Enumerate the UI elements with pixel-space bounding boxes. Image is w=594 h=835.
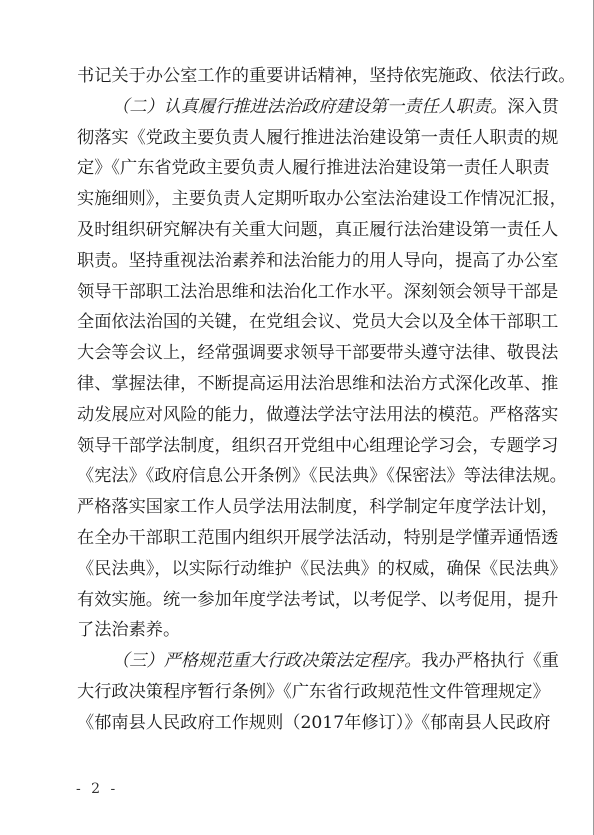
section-heading-line: （二）认真履行推进法治政府建设第一责任人职责。深入贯	[77, 92, 519, 123]
text-line: 有效实施。统一参加年度学法考试，以考促学、以考促用，提升	[77, 585, 519, 616]
text-line: 定》《广东省党政主要负责人履行推进法治建设第一责任人职责	[77, 153, 519, 184]
text-run: 我办严格执行《重	[421, 651, 559, 671]
text-line: 在全办干部职工范围内组织开展学法活动，特别是学懂弄通悟透	[77, 523, 519, 554]
section-heading: （三）严格规范重大行政决策法定程序。	[112, 651, 421, 671]
document-body: 书记关于办公室工作的重要讲话精神，坚持依宪施政、依法行政。 （二）认真履行推进法…	[77, 61, 519, 739]
text-line: 实施细则》，主要负责人定期听取办公室法治建设工作情况汇报，	[77, 184, 519, 215]
text-line: 书记关于办公室工作的重要讲话精神，坚持依宪施政、依法行政。	[77, 61, 519, 92]
text-line: 全面依法治国的关键，在党组会议、党员大会以及全体干部职工	[77, 307, 519, 338]
text-line: 动发展应对风险的能力，做遵法学法守法用法的模范。严格落实	[77, 400, 519, 431]
section-heading-line: （三）严格规范重大行政决策法定程序。我办严格执行《重	[77, 646, 519, 677]
section-heading: （二）认真履行推进法治政府建设第一责任人职责。	[112, 97, 507, 117]
text-line: 领导干部学法制度，组织召开党组中心组理论学习会，专题学习	[77, 431, 519, 462]
text-line: 律、掌握法律，不断提高运用法治思维和法治方式深化改革、推	[77, 369, 519, 400]
text-line: 《宪法》《政府信息公开条例》《民法典》《保密法》等法律法规。	[77, 461, 519, 492]
text-line: 彻落实《党政主要负责人履行推进法治建设第一责任人职责的规	[77, 123, 519, 154]
text-line: 《郁南县人民政府工作规则（2017年修订）》《郁南县人民政府	[77, 708, 519, 739]
text-line: 大行政决策程序暂行条例》《广东省行政规范性文件管理规定》	[77, 677, 519, 708]
text-line: 及时组织研究解决有关重大问题，真正履行法治建设第一责任人	[77, 215, 519, 246]
text-line: 领导干部职工法治思维和法治化工作水平。深刻领会领导干部是	[77, 277, 519, 308]
text-line: 严格落实国家工作人员学法用法制度，科学制定年度学法计划，	[77, 492, 519, 523]
text-line: 大会等会议上，经常强调要求领导干部要带头遵守法律、敬畏法	[77, 338, 519, 369]
text-run: 深入贯	[507, 97, 559, 117]
page-number: - 2 -	[76, 781, 118, 797]
text-line: 职责。坚持重视法治素养和法治能力的用人导向，提高了办公室	[77, 246, 519, 277]
text-line: 了法治素养。	[77, 615, 519, 646]
text-line: 《民法典》，以实际行动维护《民法典》的权威，确保《民法典》	[77, 554, 519, 585]
